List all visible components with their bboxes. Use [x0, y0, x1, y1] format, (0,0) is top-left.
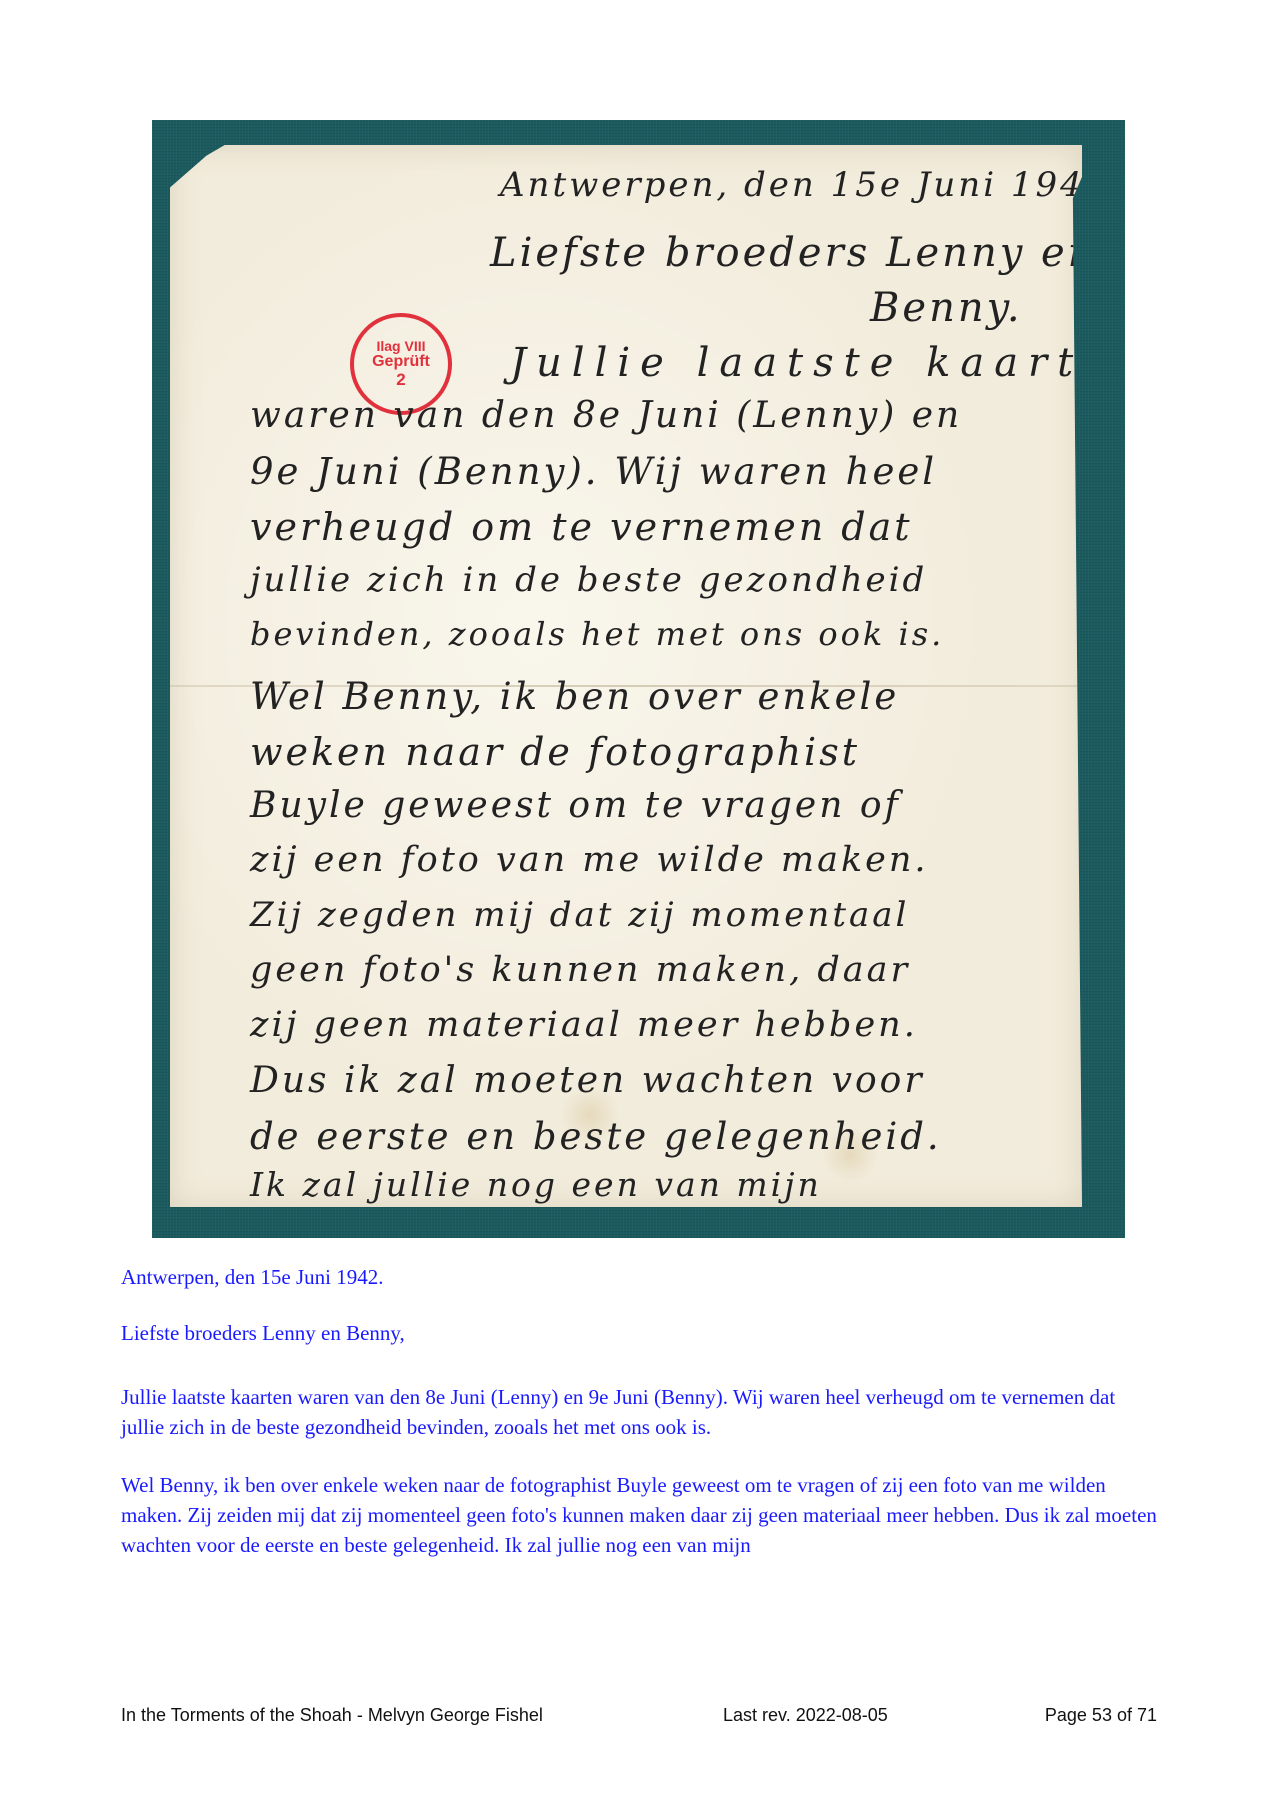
page-footer: In the Torments of the Shoah - Melvyn Ge… [121, 1705, 1157, 1729]
handwritten-line: verheugd om te vernemen dat [250, 505, 913, 549]
stamp-line-1: Ilag VIII [354, 339, 448, 354]
handwritten-line: Liefste broeders Lenny en [490, 230, 1096, 276]
stamp-line-2: Geprüft [354, 354, 448, 371]
transcript-paragraph-2: Wel Benny, ik ben over enkele weken naar… [121, 1470, 1157, 1560]
handwritten-line: weken naar de fotographist [250, 730, 860, 774]
handwritten-line: Benny. [870, 285, 1023, 331]
handwritten-line: jullie zich in de beste gezondheid [250, 560, 927, 600]
handwritten-line: Jullie laatste kaarten [510, 340, 1153, 386]
handwritten-line: zij een foto van me wilde maken. [250, 840, 929, 880]
handwritten-line: Ik zal jullie nog een van mijn [250, 1165, 822, 1204]
stamp-line-3: 2 [354, 371, 448, 389]
handwritten-line: bevinden, zooals het met ons ook is. [250, 615, 944, 653]
paragraph-text: Jullie laatste kaarten waren van den 8e … [121, 1382, 1157, 1442]
letter-photo: Ilag VIII Geprüft 2 Antwerpen, den 15e J… [152, 120, 1125, 1238]
handwritten-line: Zij zegden mij dat zij momentaal [250, 895, 909, 935]
transcript-date: Antwerpen, den 15e Juni 1942. [121, 1262, 1157, 1292]
handwritten-line: Buyle geweest om te vragen of [250, 785, 901, 826]
handwritten-line: de eerste en beste gelegenheid. [250, 1115, 942, 1158]
handwritten-line: Antwerpen, den 15e Juni 1942. [500, 165, 1123, 205]
footer-page-number: Page 53 of 71 [1045, 1705, 1157, 1726]
footer-last-revision: Last rev. 2022-08-05 [723, 1705, 888, 1726]
handwritten-line: waren van den 8e Juni (Lenny) en [250, 395, 962, 436]
transcript-paragraph-1: Jullie laatste kaarten waren van den 8e … [121, 1382, 1157, 1442]
handwritten-line: zij geen materiaal meer hebben. [250, 1005, 918, 1045]
letter-paper: Ilag VIII Geprüft 2 Antwerpen, den 15e J… [170, 145, 1082, 1207]
handwritten-line: 9e Juni (Benny). Wij waren heel [250, 450, 937, 493]
paragraph-text: Wel Benny, ik ben over enkele weken naar… [121, 1470, 1157, 1560]
handwritten-line: Dus ik zal moeten wachten voor [250, 1060, 925, 1101]
transcript-salutation: Liefste broeders Lenny en Benny, [121, 1318, 1157, 1348]
handwritten-line: geen foto's kunnen maken, daar [250, 950, 910, 990]
handwritten-line: Wel Benny, ik ben over enkele [250, 675, 899, 718]
footer-document-title: In the Torments of the Shoah - Melvyn Ge… [121, 1705, 543, 1726]
